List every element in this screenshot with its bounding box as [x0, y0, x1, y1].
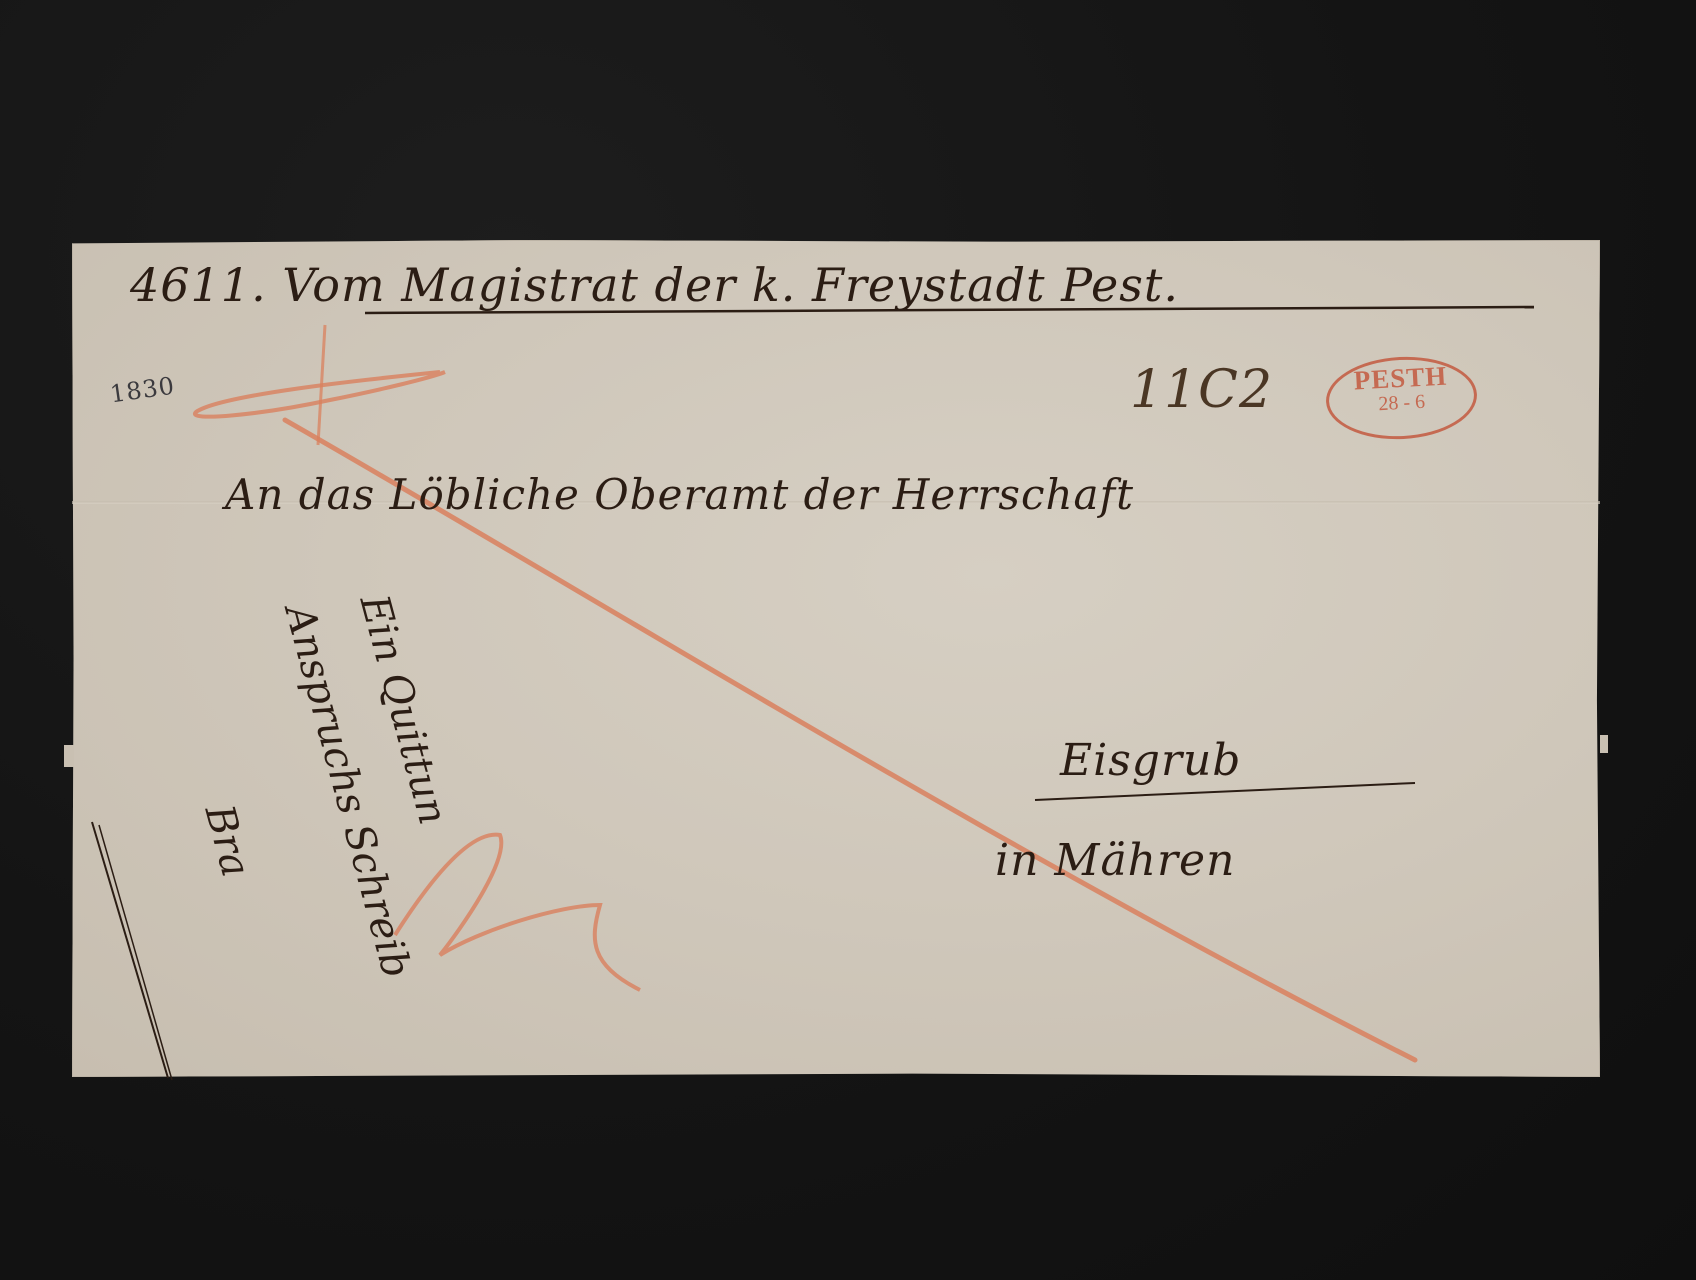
addressee-line: An das Löbliche Oberamt der Herrschaft	[225, 470, 1134, 519]
vertical-note-line-3: Bra	[196, 800, 259, 882]
postage-rate-mark: 11C2	[1130, 360, 1273, 420]
sender-line: 4611. Vom Magistrat der k. Freystadt Pes…	[130, 258, 1179, 312]
destination-region: in Mähren	[995, 835, 1235, 886]
handwriting-layer: 4611. Vom Magistrat der k. Freystadt Pes…	[0, 0, 1696, 1280]
archive-year-note: 1830	[108, 372, 176, 409]
destination-town: Eisgrub	[1060, 735, 1241, 786]
